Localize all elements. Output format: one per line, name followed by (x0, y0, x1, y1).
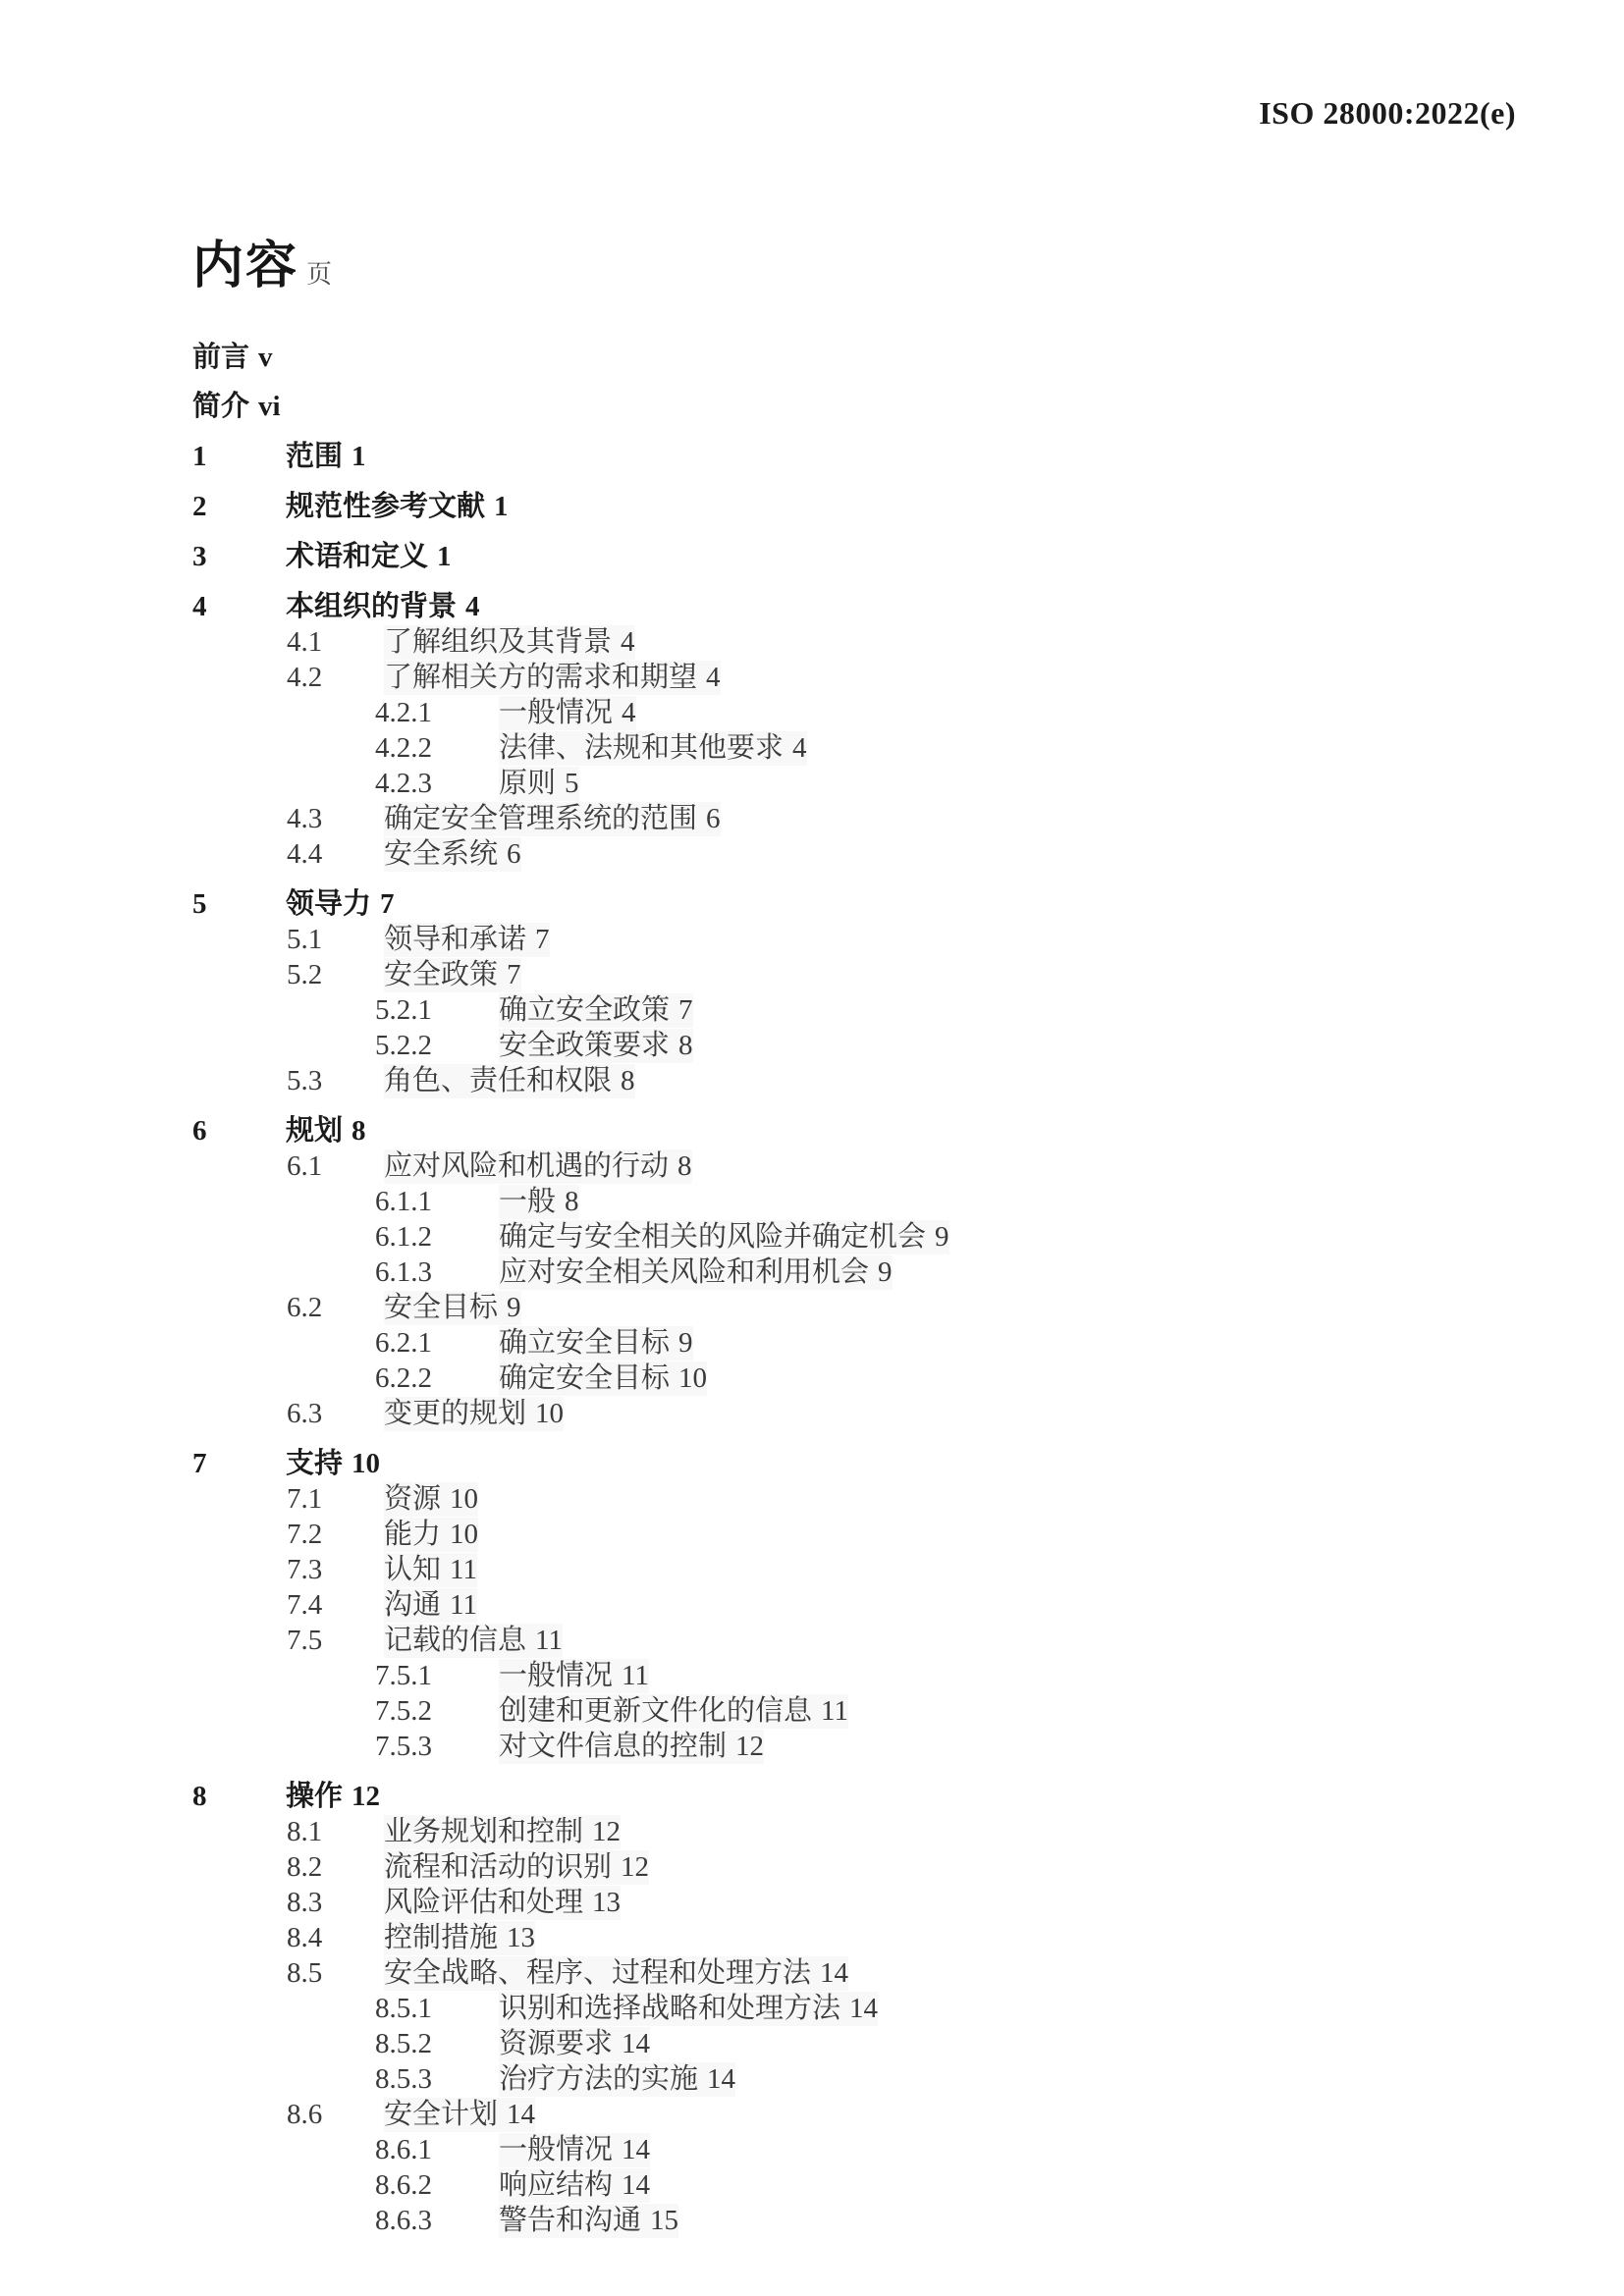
toc-entry-number: 4.2.3 (375, 767, 499, 801)
toc-entry-label: 沟通 (384, 1588, 441, 1623)
toc-entry-number: 6.1.1 (375, 1185, 499, 1219)
toc-entry-number: 8.6.3 (375, 2204, 499, 2238)
toc-entry-text: 创建和更新文件化的信息11 (499, 1694, 848, 1729)
toc-entry-8.6.2: 8.6.2响应结构14 (375, 2168, 1526, 2203)
toc-entry-label: 确立安全政策 (499, 993, 670, 1028)
toc-entry-2: 2规范性参考文献1 (192, 490, 1526, 524)
table-of-contents: 前言v简介vi1范围12规范性参考文献13术语和定义14本组织的背景44.1了解… (192, 326, 1526, 2238)
toc-entry-label: 了解组织及其背景 (384, 625, 612, 660)
toc-entry-1: 1范围1 (192, 440, 1526, 474)
toc-entry-label: 业务规划和控制 (384, 1815, 583, 1849)
toc-entry-number: 4.2 (287, 661, 384, 695)
toc-entry-5: 5领导力7 (192, 887, 1526, 922)
toc-entry-page: 6 (706, 802, 721, 836)
toc-entry-text: 规范性参考文献1 (286, 490, 509, 524)
toc-entry-text: 认知11 (384, 1553, 477, 1587)
toc-entry-label: 安全计划 (384, 2098, 498, 2132)
toc-entry-4.2.2: 4.2.2法律、法规和其他要求4 (375, 731, 1526, 766)
toc-entry-number: 8.1 (287, 1815, 384, 1849)
toc-entry-number: 6.1.3 (375, 1255, 499, 1290)
toc-entry-label: 一般情况 (499, 2133, 613, 2167)
toc-entry-label: 对文件信息的控制 (499, 1730, 727, 1764)
toc-entry-page: 12 (735, 1730, 764, 1764)
toc-entry-text: 能力10 (384, 1518, 478, 1552)
toc-entry-number: 7.2 (287, 1518, 384, 1552)
toc-entry-number: 6.1.2 (375, 1220, 499, 1255)
toc-entry-page: 4 (621, 625, 635, 660)
toc-entry-text: 领导和承诺7 (384, 923, 550, 957)
toc-entry-label: 安全系统 (384, 837, 498, 872)
toc-entry-label: 原则 (499, 767, 556, 801)
toc-entry-number: 8.5.3 (375, 2062, 499, 2097)
toc-entry-label: 安全政策 (384, 958, 498, 992)
toc-entry-text: 操作12 (286, 1780, 380, 1814)
toc-entry-number: 4.4 (287, 837, 384, 872)
toc-entry-text: 领导力7 (286, 887, 395, 922)
toc-entry-page: 11 (622, 1659, 649, 1693)
toc-entry-page: 8 (678, 1029, 693, 1063)
toc-entry-page: 8 (565, 1185, 579, 1219)
toc-entry-6.2.1: 6.2.1确立安全目标9 (375, 1326, 1526, 1361)
toc-entry-5.2.2: 5.2.2安全政策要求8 (375, 1029, 1526, 1063)
toc-entry-8.5.2: 8.5.2资源要求14 (375, 2027, 1526, 2061)
toc-entry-page: 7 (380, 887, 395, 922)
toc-entry-front-1: 简介vi (192, 390, 1526, 424)
toc-entry-page: 1 (437, 540, 452, 574)
toc-entry-text: 法律、法规和其他要求4 (499, 731, 807, 766)
toc-entry-number: 7.5.1 (375, 1659, 499, 1693)
toc-entry-page: 14 (820, 1956, 848, 1991)
toc-entry-page: 9 (878, 1255, 893, 1290)
toc-entry-7.4: 7.4沟通11 (287, 1588, 1526, 1623)
toc-entry-label: 识别和选择战略和处理方法 (499, 1992, 840, 2026)
toc-entry-page: 6 (507, 837, 521, 872)
toc-entry-label: 一般情况 (499, 1659, 613, 1693)
document-page: ISO 28000:2022(e) 内容 页 前言v简介vi1范围12规范性参考… (0, 0, 1624, 2296)
toc-entry-text: 角色、责任和权限8 (384, 1064, 635, 1098)
toc-entry-page: 9 (935, 1220, 949, 1255)
toc-entry-text: 治疗方法的实施14 (499, 2062, 735, 2097)
toc-entry-label: 响应结构 (499, 2168, 613, 2203)
toc-entry-label: 风险评估和处理 (384, 1886, 583, 1920)
toc-entry-label: 资源 (384, 1482, 441, 1517)
toc-entry-number: 5.2.1 (375, 993, 499, 1028)
toc-entry-page: 8 (677, 1149, 692, 1184)
toc-entry-8.3: 8.3风险评估和处理13 (287, 1886, 1526, 1920)
toc-entry-number: 6 (192, 1114, 286, 1148)
toc-entry-page: 8 (621, 1064, 635, 1098)
toc-entry-label: 规划 (286, 1114, 343, 1148)
toc-entry-number: 7.3 (287, 1553, 384, 1587)
toc-entry-label: 确定安全目标 (499, 1362, 670, 1396)
toc-entry-number: 8.6 (287, 2098, 384, 2132)
toc-entry-page: 4 (622, 696, 636, 730)
toc-entry-text: 记载的信息11 (384, 1624, 563, 1658)
toc-entry-label: 操作 (286, 1780, 343, 1814)
toc-entry-number: 8.4 (287, 1921, 384, 1955)
toc-entry-text: 确立安全政策7 (499, 993, 693, 1028)
toc-entry-page: 11 (450, 1553, 477, 1587)
toc-entry-page: 15 (650, 2204, 678, 2238)
toc-entry-text: 安全政策要求8 (499, 1029, 693, 1063)
toc-entry-page: 14 (622, 2027, 650, 2061)
toc-entry-page: 10 (678, 1362, 707, 1396)
toc-entry-page: 10 (535, 1397, 564, 1431)
toc-entry-text: 响应结构14 (499, 2168, 650, 2203)
toc-entry-page: 13 (592, 1886, 621, 1920)
toc-entry-8.5.3: 8.5.3治疗方法的实施14 (375, 2062, 1526, 2097)
toc-entry-number: 8.6.1 (375, 2133, 499, 2167)
toc-entry-4.2: 4.2了解相关方的需求和期望4 (287, 661, 1526, 695)
toc-entry-text: 安全系统6 (384, 837, 521, 872)
toc-entry-label: 支持 (286, 1447, 343, 1481)
toc-entry-5.3: 5.3角色、责任和权限8 (287, 1064, 1526, 1098)
toc-entry-number: 7.5 (287, 1624, 384, 1658)
toc-entry-text: 术语和定义1 (286, 540, 452, 574)
toc-entry-8.6.3: 8.6.3警告和沟通15 (375, 2204, 1526, 2238)
toc-entry-page: 1 (352, 440, 366, 474)
toc-entry-page: v (258, 341, 273, 375)
toc-entry-label: 流程和活动的识别 (384, 1850, 612, 1885)
toc-entry-number: 3 (192, 540, 286, 574)
toc-entry-text: 应对风险和机遇的行动8 (384, 1149, 692, 1184)
toc-entry-number: 4.2.2 (375, 731, 499, 766)
toc-entry-label: 角色、责任和权限 (384, 1064, 612, 1098)
toc-entry-4.2.1: 4.2.1一般情况4 (375, 696, 1526, 730)
toc-entry-text: 支持10 (286, 1447, 380, 1481)
contents-title-block: 内容 页 (192, 224, 332, 297)
toc-entry-number: 7.4 (287, 1588, 384, 1623)
toc-entry-number: 8.5.1 (375, 1992, 499, 2026)
toc-entry-page: 9 (507, 1291, 521, 1325)
toc-entry-label: 治疗方法的实施 (499, 2062, 698, 2097)
toc-entry-number: 5.2.2 (375, 1029, 499, 1063)
toc-entry-5.1: 5.1领导和承诺7 (287, 923, 1526, 957)
toc-entry-7.5: 7.5记载的信息11 (287, 1624, 1526, 1658)
toc-entry-page: 12 (352, 1780, 380, 1814)
toc-entry-number: 8 (192, 1780, 286, 1814)
toc-entry-page: 14 (707, 2062, 735, 2097)
toc-entry-page: 5 (565, 767, 579, 801)
toc-entry-text: 变更的规划10 (384, 1397, 564, 1431)
toc-entry-text: 一般8 (499, 1185, 579, 1219)
toc-entry-label: 范围 (286, 440, 343, 474)
toc-entry-number: 4 (192, 590, 286, 624)
toc-entry-page: 9 (678, 1326, 693, 1361)
toc-entry-page: 10 (450, 1518, 478, 1552)
document-reference: ISO 28000:2022(e) (1259, 95, 1516, 132)
toc-entry-4.2.3: 4.2.3原则5 (375, 767, 1526, 801)
toc-entry-label: 应对风险和机遇的行动 (384, 1149, 669, 1184)
toc-entry-page: 11 (821, 1694, 848, 1729)
toc-entry-label: 法律、法规和其他要求 (499, 731, 784, 766)
toc-entry-number: 8.5 (287, 1956, 384, 1991)
toc-entry-number: 8.3 (287, 1886, 384, 1920)
toc-entry-number: 8.2 (287, 1850, 384, 1885)
toc-entry-text: 业务规划和控制12 (384, 1815, 621, 1849)
toc-entry-page: 4 (792, 731, 807, 766)
toc-entry-text: 风险评估和处理13 (384, 1886, 621, 1920)
toc-entry-label: 能力 (384, 1518, 441, 1552)
toc-entry-page: 14 (507, 2098, 535, 2132)
toc-entry-6: 6规划8 (192, 1114, 1526, 1148)
toc-entry-label: 应对安全相关风险和利用机会 (499, 1255, 869, 1290)
toc-entry-number: 4.1 (287, 625, 384, 660)
toc-entry-4: 4本组织的背景4 (192, 590, 1526, 624)
toc-entry-front-0: 前言v (192, 341, 1526, 375)
toc-entry-label: 控制措施 (384, 1921, 498, 1955)
toc-entry-page: 14 (622, 2168, 650, 2203)
toc-entry-page: 12 (592, 1815, 621, 1849)
toc-entry-8: 8操作12 (192, 1780, 1526, 1814)
toc-entry-page: 1 (494, 490, 509, 524)
toc-entry-page: 8 (352, 1114, 366, 1148)
toc-entry-number: 7.5.3 (375, 1730, 499, 1764)
toc-entry-number: 5.1 (287, 923, 384, 957)
toc-entry-6.1.3: 6.1.3应对安全相关风险和利用机会9 (375, 1255, 1526, 1290)
toc-entry-page: vi (258, 390, 281, 424)
toc-entry-8.5: 8.5安全战略、程序、过程和处理方法14 (287, 1956, 1526, 1991)
toc-entry-label: 记载的信息 (384, 1624, 526, 1658)
toc-entry-label: 了解相关方的需求和期望 (384, 661, 697, 695)
toc-entry-number: 7.5.2 (375, 1694, 499, 1729)
toc-entry-text: 流程和活动的识别12 (384, 1850, 649, 1885)
toc-entry-text: 沟通11 (384, 1588, 477, 1623)
toc-entry-number: 4.2.1 (375, 696, 499, 730)
toc-entry-number: 2 (192, 490, 286, 524)
toc-entry-text: 了解相关方的需求和期望4 (384, 661, 721, 695)
toc-entry-text: 应对安全相关风险和利用机会9 (499, 1255, 893, 1290)
toc-entry-label: 资源要求 (499, 2027, 613, 2061)
toc-entry-7.3: 7.3认知11 (287, 1553, 1526, 1587)
toc-entry-text: 资源10 (384, 1482, 478, 1517)
toc-entry-label: 一般 (499, 1185, 556, 1219)
toc-entry-page: 14 (622, 2133, 650, 2167)
toc-entry-label: 一般情况 (499, 696, 613, 730)
toc-entry-number: 4.3 (287, 802, 384, 836)
toc-entry-text: 原则5 (499, 767, 579, 801)
toc-entry-page: 14 (849, 1992, 878, 2026)
toc-entry-8.4: 8.4控制措施13 (287, 1921, 1526, 1955)
toc-entry-text: 识别和选择战略和处理方法14 (499, 1992, 878, 2026)
toc-entry-text: 确立安全目标9 (499, 1326, 693, 1361)
toc-entry-text: 确定与安全相关的风险并确定机会9 (499, 1220, 949, 1255)
toc-entry-text: 安全目标9 (384, 1291, 521, 1325)
toc-entry-8.2: 8.2流程和活动的识别12 (287, 1850, 1526, 1885)
toc-entry-text: 了解组织及其背景4 (384, 625, 635, 660)
toc-entry-page: 7 (507, 958, 521, 992)
toc-entry-label: 认知 (384, 1553, 441, 1587)
toc-entry-text: 控制措施13 (384, 1921, 535, 1955)
toc-entry-number: 6.2.1 (375, 1326, 499, 1361)
toc-entry-5.2: 5.2安全政策7 (287, 958, 1526, 992)
toc-entry-label: 确定安全管理系统的范围 (384, 802, 697, 836)
toc-entry-number: 6.1 (287, 1149, 384, 1184)
toc-entry-number: 6.2 (287, 1291, 384, 1325)
toc-entry-number: 7.1 (287, 1482, 384, 1517)
toc-entry-label: 术语和定义 (286, 540, 428, 574)
toc-entry-label: 确定与安全相关的风险并确定机会 (499, 1220, 926, 1255)
toc-entry-label: 安全战略、程序、过程和处理方法 (384, 1956, 811, 1991)
toc-entry-label: 变更的规划 (384, 1397, 526, 1431)
toc-entry-label: 简介 (192, 390, 249, 424)
toc-entry-8.1: 8.1业务规划和控制12 (287, 1815, 1526, 1849)
toc-entry-8.6: 8.6安全计划14 (287, 2098, 1526, 2132)
toc-entry-label: 创建和更新文件化的信息 (499, 1694, 812, 1729)
toc-entry-text: 前言v (192, 341, 273, 375)
page-column-label: 页 (306, 254, 332, 291)
contents-title: 内容 (192, 224, 298, 297)
toc-entry-7.5.1: 7.5.1一般情况11 (375, 1659, 1526, 1693)
toc-entry-7.2: 7.2能力10 (287, 1518, 1526, 1552)
toc-entry-page: 11 (450, 1588, 477, 1623)
toc-entry-label: 安全政策要求 (499, 1029, 670, 1063)
toc-entry-number: 8.5.2 (375, 2027, 499, 2061)
toc-entry-text: 资源要求14 (499, 2027, 650, 2061)
toc-entry-number: 6.3 (287, 1397, 384, 1431)
toc-entry-8.5.1: 8.5.1识别和选择战略和处理方法14 (375, 1992, 1526, 2026)
toc-entry-number: 6.2.2 (375, 1362, 499, 1396)
toc-entry-4.4: 4.4安全系统6 (287, 837, 1526, 872)
toc-entry-page: 10 (450, 1482, 478, 1517)
toc-entry-text: 本组织的背景4 (286, 590, 480, 624)
toc-entry-4.1: 4.1了解组织及其背景4 (287, 625, 1526, 660)
toc-entry-6.1.1: 6.1.1一般8 (375, 1185, 1526, 1219)
toc-entry-number: 8.6.2 (375, 2168, 499, 2203)
toc-entry-5.2.1: 5.2.1确立安全政策7 (375, 993, 1526, 1028)
toc-entry-page: 12 (621, 1850, 649, 1885)
toc-entry-label: 前言 (192, 341, 249, 375)
toc-entry-number: 5 (192, 887, 286, 922)
toc-entry-text: 警告和沟通15 (499, 2204, 678, 2238)
toc-entry-text: 一般情况11 (499, 1659, 649, 1693)
toc-entry-text: 确定安全管理系统的范围6 (384, 802, 721, 836)
toc-entry-text: 一般情况4 (499, 696, 636, 730)
toc-entry-6.1: 6.1应对风险和机遇的行动8 (287, 1149, 1526, 1184)
toc-entry-text: 规划8 (286, 1114, 366, 1148)
toc-entry-text: 安全政策7 (384, 958, 521, 992)
toc-entry-7.5.3: 7.5.3对文件信息的控制12 (375, 1730, 1526, 1764)
toc-entry-text: 对文件信息的控制12 (499, 1730, 764, 1764)
toc-entry-page: 11 (535, 1624, 563, 1658)
toc-entry-text: 安全战略、程序、过程和处理方法14 (384, 1956, 848, 1991)
toc-entry-page: 7 (678, 993, 693, 1028)
toc-entry-number: 7 (192, 1447, 286, 1481)
toc-entry-6.1.2: 6.1.2确定与安全相关的风险并确定机会9 (375, 1220, 1526, 1255)
toc-entry-label: 规范性参考文献 (286, 490, 485, 524)
toc-entry-label: 警告和沟通 (499, 2204, 641, 2238)
toc-entry-6.2.2: 6.2.2确定安全目标10 (375, 1362, 1526, 1396)
toc-entry-7: 7支持10 (192, 1447, 1526, 1481)
toc-entry-label: 本组织的背景 (286, 590, 457, 624)
toc-entry-6.2: 6.2安全目标9 (287, 1291, 1526, 1325)
toc-entry-4.3: 4.3确定安全管理系统的范围6 (287, 802, 1526, 836)
toc-entry-page: 4 (465, 590, 480, 624)
toc-entry-page: 4 (706, 661, 721, 695)
toc-entry-text: 安全计划14 (384, 2098, 535, 2132)
toc-entry-text: 简介vi (192, 390, 281, 424)
toc-entry-number: 5.2 (287, 958, 384, 992)
toc-entry-label: 安全目标 (384, 1291, 498, 1325)
toc-entry-text: 确定安全目标10 (499, 1362, 707, 1396)
toc-entry-7.5.2: 7.5.2创建和更新文件化的信息11 (375, 1694, 1526, 1729)
toc-entry-page: 7 (535, 923, 550, 957)
toc-entry-label: 确立安全目标 (499, 1326, 670, 1361)
toc-entry-label: 领导力 (286, 887, 371, 922)
toc-entry-8.6.1: 8.6.1一般情况14 (375, 2133, 1526, 2167)
toc-entry-number: 1 (192, 440, 286, 474)
toc-entry-page: 10 (352, 1447, 380, 1481)
toc-entry-6.3: 6.3变更的规划10 (287, 1397, 1526, 1431)
toc-entry-page: 13 (507, 1921, 535, 1955)
toc-entry-7.1: 7.1资源10 (287, 1482, 1526, 1517)
toc-entry-number: 5.3 (287, 1064, 384, 1098)
toc-entry-text: 一般情况14 (499, 2133, 650, 2167)
toc-entry-text: 范围1 (286, 440, 366, 474)
toc-entry-3: 3术语和定义1 (192, 540, 1526, 574)
toc-entry-label: 领导和承诺 (384, 923, 526, 957)
